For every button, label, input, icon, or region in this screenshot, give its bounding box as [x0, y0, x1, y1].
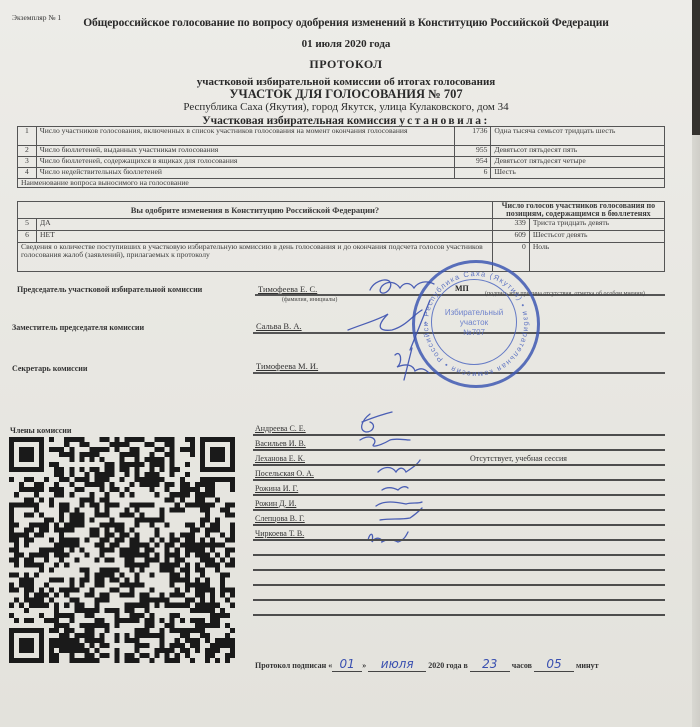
- row-number: 6: [18, 231, 37, 243]
- member-absence-note: Отсутствует, учебная сессия: [470, 454, 567, 463]
- document-date: 01 июля 2020 года: [0, 38, 692, 50]
- seal-place-mark: МП: [455, 284, 469, 293]
- polling-station: УЧАСТОК ДЛЯ ГОЛОСОВАНИЯ № 707: [0, 87, 692, 102]
- page-edge-shadow: [692, 0, 700, 135]
- member-name: Посельская О. А.: [255, 469, 314, 478]
- question-table: Вы одобрите изменения в Конституцию Росс…: [17, 201, 665, 272]
- member-signature-line: [253, 434, 665, 436]
- stamp-line-2: участок: [432, 318, 516, 328]
- option-words-yes: Триста тридцать девять: [529, 219, 664, 231]
- chair-label: Председатель участковой избирательной ко…: [17, 285, 202, 294]
- member-signature-line: [253, 449, 665, 451]
- table-row: 4 Число недействительных бюллетеней 6 Ше…: [18, 168, 665, 179]
- document-title: Общероссийское голосование по вопросу од…: [0, 17, 692, 29]
- row-number: 3: [18, 157, 37, 168]
- row-number: 2: [18, 146, 37, 157]
- member-signature-stroke: [376, 502, 422, 506]
- row-number: 1: [18, 127, 37, 146]
- row-value-words: Девятьсот пятьдесят пять: [491, 146, 665, 157]
- member-name: Васильев И. В.: [255, 439, 306, 448]
- blank-signature-line: [253, 614, 665, 616]
- table-row: 2 Число бюллетеней, выданных участникам …: [18, 146, 665, 157]
- page-edge: [692, 135, 700, 727]
- official-stamp: • Республика Саха (Якутия) • избирательн…: [412, 260, 540, 388]
- option-label-no: НЕТ: [37, 231, 493, 243]
- row-number: 5: [18, 219, 37, 231]
- member-signature-line: [253, 479, 665, 481]
- stamp-center-text: Избирательный участок №707: [432, 308, 516, 338]
- member-signature-line: [253, 494, 665, 496]
- table-row: Наименование вопроса выносимого на голос…: [18, 179, 665, 188]
- table-row: 5 ДА 339 Триста тридцать девять: [18, 219, 665, 231]
- member-signature-stroke: [368, 532, 408, 542]
- table-row: 1 Число участников голосования, включенн…: [18, 127, 665, 146]
- row-label: Число бюллетеней, содержащихся в ящиках …: [36, 157, 454, 168]
- stamp-inner-circle: Избирательный участок №707: [431, 279, 517, 365]
- row-value-words: Шесть: [491, 168, 665, 179]
- deputy-label: Заместитель председателя комиссии: [12, 323, 144, 332]
- member-signature-line: [253, 539, 665, 541]
- secretary-name: Тимофеева М. И.: [256, 361, 318, 371]
- row-value: 955: [454, 146, 491, 157]
- blank-signature-line: [253, 584, 665, 586]
- row-label: Число недействительных бюллетеней: [36, 168, 454, 179]
- signed-month: июля: [368, 657, 426, 672]
- row-value: 6: [454, 168, 491, 179]
- option-value-yes: 339: [492, 219, 529, 231]
- row-label: Число участников голосования, включенных…: [36, 127, 454, 146]
- row-number: 4: [18, 168, 37, 179]
- signed-label: Протокол подписан: [255, 661, 326, 670]
- table-row: 6 НЕТ 609 Шестьсот девять: [18, 231, 665, 243]
- member-name: Слепцова В. Г.: [255, 514, 305, 523]
- member-signature-stroke: [360, 412, 410, 446]
- blank-signature-line: [253, 599, 665, 601]
- stamp-line-3: №707: [432, 328, 516, 338]
- member-name: Рожина И. Г.: [255, 484, 298, 493]
- ballot-question: Вы одобрите изменения в Конституцию Росс…: [18, 202, 493, 219]
- member-signature-stroke: [382, 487, 408, 490]
- member-name: Андреева С. Е.: [255, 424, 306, 433]
- signed-day: 01: [332, 657, 362, 672]
- option-value-no: 609: [492, 231, 529, 243]
- protocol-heading: ПРОТОКОЛ: [0, 57, 692, 72]
- scanned-protocol-page: Экземпляр № 1 Общероссийское голосование…: [0, 0, 692, 727]
- row-value-words: Девятьсот пятьдесят четыре: [491, 157, 665, 168]
- signed-hour: 23: [470, 657, 510, 672]
- protocol-signed-line: Протокол подписан «01» июля 2020 года в …: [255, 657, 599, 672]
- minutes-label: минут: [576, 661, 599, 670]
- hours-label: часов: [512, 661, 532, 670]
- deputy-name: Сальва В. А.: [256, 321, 302, 331]
- blank-signature-line: [253, 569, 665, 571]
- secretary-label: Секретарь комиссии: [12, 364, 87, 373]
- stamp-line-1: Избирательный: [432, 308, 516, 318]
- results-table: 1 Число участников голосования, включенн…: [17, 126, 665, 188]
- row-value: 1736: [454, 127, 491, 146]
- member-signature-line: [253, 464, 665, 466]
- blank-signature-line: [253, 554, 665, 556]
- member-signature-stroke: [378, 460, 420, 472]
- member-name: Рожин Д. И.: [255, 499, 296, 508]
- table-row: 3 Число бюллетеней, содержащихся в ящика…: [18, 157, 665, 168]
- table-row: Сведения о количестве поступивших в учас…: [18, 243, 665, 272]
- row-label: Число бюллетеней, выданных участникам го…: [36, 146, 454, 157]
- option-words-no: Шестьсот девять: [529, 231, 664, 243]
- chair-name: Тимофеева Е. С.: [258, 284, 317, 294]
- station-address: Республика Саха (Якутия), город Якутск, …: [0, 101, 692, 113]
- member-signature-line: [253, 524, 665, 526]
- name-caption: (фамилия, инициалы): [282, 297, 337, 303]
- table-row: Вы одобрите изменения в Конституцию Росс…: [18, 202, 665, 219]
- signed-minute: 05: [534, 657, 574, 672]
- qr-code[interactable]: [9, 437, 235, 663]
- votes-header: Число голосов участников голосования по …: [492, 202, 664, 219]
- row-value-words: Одна тысяча семьсот тридцать шесть: [491, 127, 665, 146]
- member-name: Чиркоева Т. В.: [255, 529, 304, 538]
- option-label-yes: ДА: [37, 219, 493, 231]
- row-value: 954: [454, 157, 491, 168]
- signed-year: 2020 года в: [428, 661, 468, 670]
- member-signature-line: [253, 509, 665, 511]
- question-caption: Наименование вопроса выносимого на голос…: [18, 179, 665, 188]
- complaints-words: Ноль: [529, 243, 664, 272]
- members-label: Члены комиссии: [10, 426, 72, 435]
- member-name: Леханова Е. К.: [255, 454, 305, 463]
